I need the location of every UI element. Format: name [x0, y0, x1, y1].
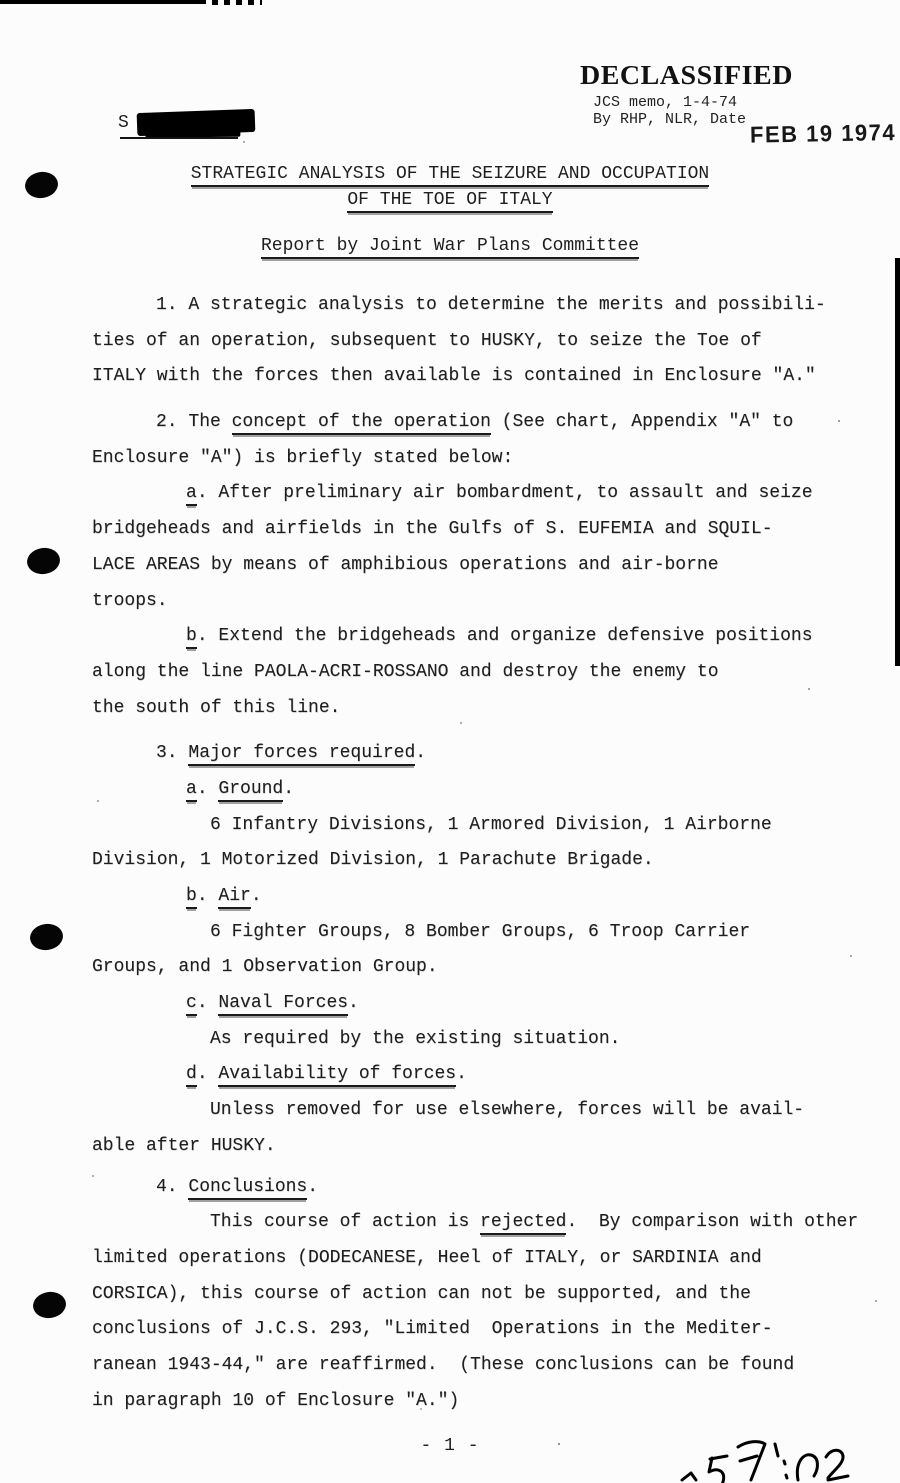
text-segment: limited operations (DODECANESE, Heel of … [92, 1248, 762, 1268]
classification-label: S [118, 113, 129, 133]
text-segment: in paragraph 10 of Enclosure "A.") [92, 1391, 459, 1411]
doc-subtitle: Report by Joint War Plans Committee [0, 236, 900, 256]
text-segment: ranean 1943-44," are reaffirmed. (These … [92, 1355, 794, 1375]
doc-title-line1: STRATEGIC ANALYSIS OF THE SEIZURE AND OC… [0, 164, 900, 184]
text-line: b. Extend the bridgeheads and organize d… [0, 619, 900, 655]
text-line: As required by the existing situation. [0, 1022, 900, 1058]
document-page: S DECLASSIFIED JCS memo, 1-4-74 By RHP, … [0, 0, 900, 1483]
text-segment: (See chart, Appendix "A" to [491, 412, 793, 432]
declassified-stamp: DECLASSIFIED [580, 60, 793, 91]
text-segment: . [197, 779, 219, 799]
text-segment: 1. A strategic analysis to determine the… [156, 295, 826, 315]
text-segment: . Extend the bridgeheads and organize de… [197, 626, 813, 646]
text-segment: Division, 1 Motorized Division, 1 Parach… [92, 850, 654, 870]
text-segment: a [186, 483, 197, 506]
text-line: limited operations (DODECANESE, Heel of … [0, 1241, 900, 1277]
date-stamp: FEB 19 1974 [750, 119, 897, 149]
text-line: d. Availability of forces. [0, 1057, 900, 1093]
doc-title-line2: OF THE TOE OF ITALY [0, 190, 900, 210]
text-line: ranean 1943-44," are reaffirmed. (These … [0, 1348, 900, 1384]
text-line: CORSICA), this course of action can not … [0, 1277, 900, 1313]
text-line: b. Air. [0, 879, 900, 915]
text-segment: 6 Infantry Divisions, 1 Armored Division… [210, 815, 772, 835]
redaction-bar [137, 109, 256, 136]
text-line: a. After preliminary air bombardment, to… [0, 476, 900, 512]
text-line: conclusions of J.C.S. 293, "Limited Oper… [0, 1312, 900, 1348]
text-segment: Ground [218, 779, 283, 802]
text-line: This course of action is rejected. By co… [0, 1205, 900, 1241]
text-segment: . [197, 886, 219, 906]
text-line: Division, 1 Motorized Division, 1 Parach… [0, 843, 900, 879]
text-segment: . [307, 1177, 318, 1197]
text-segment: Conclusions [188, 1177, 307, 1200]
text-segment: b [186, 626, 197, 649]
text-line: 2. The concept of the operation (See cha… [0, 405, 900, 441]
text-segment: . By comparison with other [566, 1212, 858, 1232]
text-segment: . [456, 1064, 467, 1084]
text-segment: 4. [156, 1177, 188, 1197]
text-line: Groups, and 1 Observation Group. [0, 950, 900, 986]
text-line: ties of an operation, subsequent to HUSK… [0, 324, 900, 360]
text-segment: Groups, and 1 Observation Group. [92, 957, 438, 977]
text-segment: Air [218, 886, 250, 909]
text-segment: able after HUSKY. [92, 1136, 276, 1156]
body-lines: 1. A strategic analysis to determine the… [0, 288, 900, 1419]
text-segment: Naval Forces [218, 993, 348, 1016]
text-segment: ITALY with the forces then available is … [92, 366, 816, 386]
text-segment: d [186, 1064, 197, 1087]
text-segment: Enclosure "A") is briefly stated below: [92, 448, 513, 468]
text-segment: . [251, 886, 262, 906]
text-segment: a [186, 779, 197, 802]
text-segment: ties of an operation, subsequent to HUSK… [92, 331, 762, 351]
text-line: Unless removed for use elsewhere, forces… [0, 1093, 900, 1129]
text-line: c. Naval Forces. [0, 986, 900, 1022]
text-segment: CORSICA), this course of action can not … [92, 1284, 751, 1304]
text-segment: 3. [156, 743, 188, 763]
text-line: 1. A strategic analysis to determine the… [0, 288, 900, 324]
stamp-by-line: By RHP, NLR, Date [593, 111, 746, 128]
classification-underline [120, 137, 238, 139]
text-segment: rejected [480, 1212, 566, 1235]
text-segment: bridgeheads and airfields in the Gulfs o… [92, 519, 773, 539]
text-segment: LACE AREAS by means of amphibious operat… [92, 555, 719, 575]
text-line: Enclosure "A") is briefly stated below: [0, 441, 900, 477]
text-line: the south of this line. [0, 691, 900, 727]
text-line: LACE AREAS by means of amphibious operat… [0, 548, 900, 584]
text-line: along the line PAOLA-ACRI-ROSSANO and de… [0, 655, 900, 691]
text-line: ITALY with the forces then available is … [0, 359, 900, 395]
text-line: a. Ground. [0, 772, 900, 808]
text-segment: . [415, 743, 426, 763]
text-line: troops. [0, 584, 900, 620]
text-segment: conclusions of J.C.S. 293, "Limited Oper… [92, 1319, 773, 1339]
text-segment: concept of the operation [232, 412, 491, 435]
top-edge-dash-artifact [212, 0, 262, 5]
text-segment: the south of this line. [92, 698, 340, 718]
text-segment: troops. [92, 591, 168, 611]
text-line: 4. Conclusions. [0, 1170, 900, 1206]
text-segment: This course of action is [210, 1212, 480, 1232]
text-segment: b [186, 886, 197, 909]
text-line: 6 Infantry Divisions, 1 Armored Division… [0, 808, 900, 844]
text-segment: As required by the existing situation. [210, 1029, 620, 1049]
text-segment: Availability of forces [218, 1064, 456, 1087]
text-line: 3. Major forces required. [0, 736, 900, 772]
text-segment: Unless removed for use elsewhere, forces… [210, 1100, 804, 1120]
handwritten-mark [678, 1430, 878, 1483]
text-segment: c [186, 993, 197, 1016]
text-segment: . [283, 779, 294, 799]
text-segment: 6 Fighter Groups, 8 Bomber Groups, 6 Tro… [210, 922, 750, 942]
top-edge-artifact [0, 0, 206, 4]
text-segment: . [348, 993, 359, 1013]
text-line: able after HUSKY. [0, 1129, 900, 1165]
text-line: bridgeheads and airfields in the Gulfs o… [0, 512, 900, 548]
text-line: 6 Fighter Groups, 8 Bomber Groups, 6 Tro… [0, 915, 900, 951]
text-segment: . After preliminary air bombardment, to … [197, 483, 813, 503]
text-line: in paragraph 10 of Enclosure "A.") [0, 1384, 900, 1420]
text-segment: Major forces required [188, 743, 415, 766]
scan-speckles [0, 0, 2, 2]
text-segment: 2. The [156, 412, 232, 432]
text-segment: along the line PAOLA-ACRI-ROSSANO and de… [92, 662, 719, 682]
stamp-memo-line: JCS memo, 1-4-74 [593, 94, 737, 111]
text-segment: . [197, 993, 219, 1013]
text-segment: . [197, 1064, 219, 1084]
